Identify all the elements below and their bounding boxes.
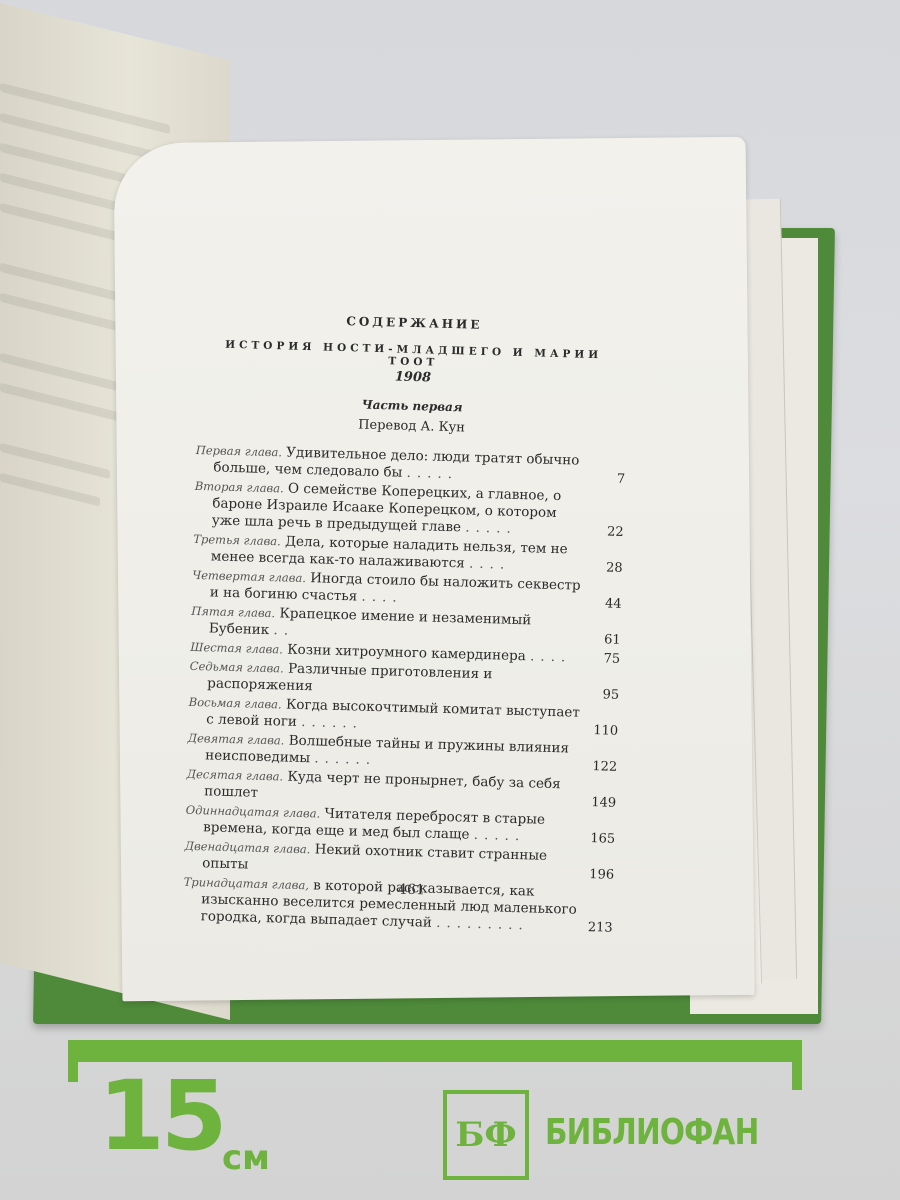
ruler-bar — [70, 1040, 800, 1062]
page-number: 75 — [584, 650, 620, 668]
page-number: 95 — [583, 686, 619, 704]
book-photo: СОДЕРЖАНИЕ ИСТОРИЯ НОСТИ-МЛАДШЕГО И МАРИ… — [0, 0, 900, 1200]
page-folio: 461 — [398, 882, 425, 899]
toc-entry: Вторая глава. О семействе Коперецких, а … — [194, 478, 625, 541]
page-number: 28 — [586, 559, 622, 577]
page-number: 22 — [587, 523, 623, 541]
chapter-label: Одиннадцатая глава. — [186, 803, 321, 821]
chapter-label: Девятая глава. — [188, 731, 285, 748]
bleed-through-text — [0, 443, 110, 479]
chapter-label: Вторая глава. — [195, 479, 284, 495]
logo-letters: БФ — [455, 1115, 516, 1155]
ruler-tick-right — [792, 1040, 802, 1090]
page-number: 196 — [578, 866, 614, 884]
bleed-through-text — [0, 383, 120, 422]
page-number: 165 — [579, 830, 615, 848]
chapter-label: Двенадцатая глава. — [185, 839, 311, 857]
chapter-label: Пятая глава. — [191, 604, 275, 620]
bleed-through-text — [0, 473, 100, 507]
ruler-tick-left — [68, 1040, 78, 1082]
chapter-label: Тринадцатая глава, — [184, 875, 310, 892]
toc-heading: СОДЕРЖАНИЕ — [199, 310, 629, 336]
page-number: 110 — [582, 722, 618, 740]
page-number: 44 — [585, 595, 621, 613]
ruler-size-unit: см — [222, 1138, 270, 1178]
brand-name: БИБЛИОФАН — [545, 1112, 758, 1153]
ruler-size-value: 15 — [98, 1068, 224, 1164]
bibliofan-book-logo-icon: БФ — [443, 1090, 529, 1180]
page-number: 122 — [581, 758, 617, 776]
chapter-label: Десятая глава. — [187, 767, 284, 784]
chapter-label: Шестая глава. — [190, 640, 283, 657]
page-number: 61 — [584, 631, 620, 649]
page-number: 149 — [580, 794, 616, 812]
chapter-label: Седьмая глава. — [190, 659, 284, 676]
chapter-label: Восьмая глава. — [189, 695, 282, 712]
chapter-label: Первая глава. — [196, 443, 283, 459]
chapter-label: Четвертая глава. — [192, 568, 306, 585]
page-number: 213 — [576, 919, 612, 937]
page-number: 7 — [589, 470, 625, 488]
table-of-contents: СОДЕРЖАНИЕ ИСТОРИЯ НОСТИ-МЛАДШЕГО И МАРИ… — [182, 300, 629, 939]
chapter-label: Третья глава. — [193, 532, 281, 548]
